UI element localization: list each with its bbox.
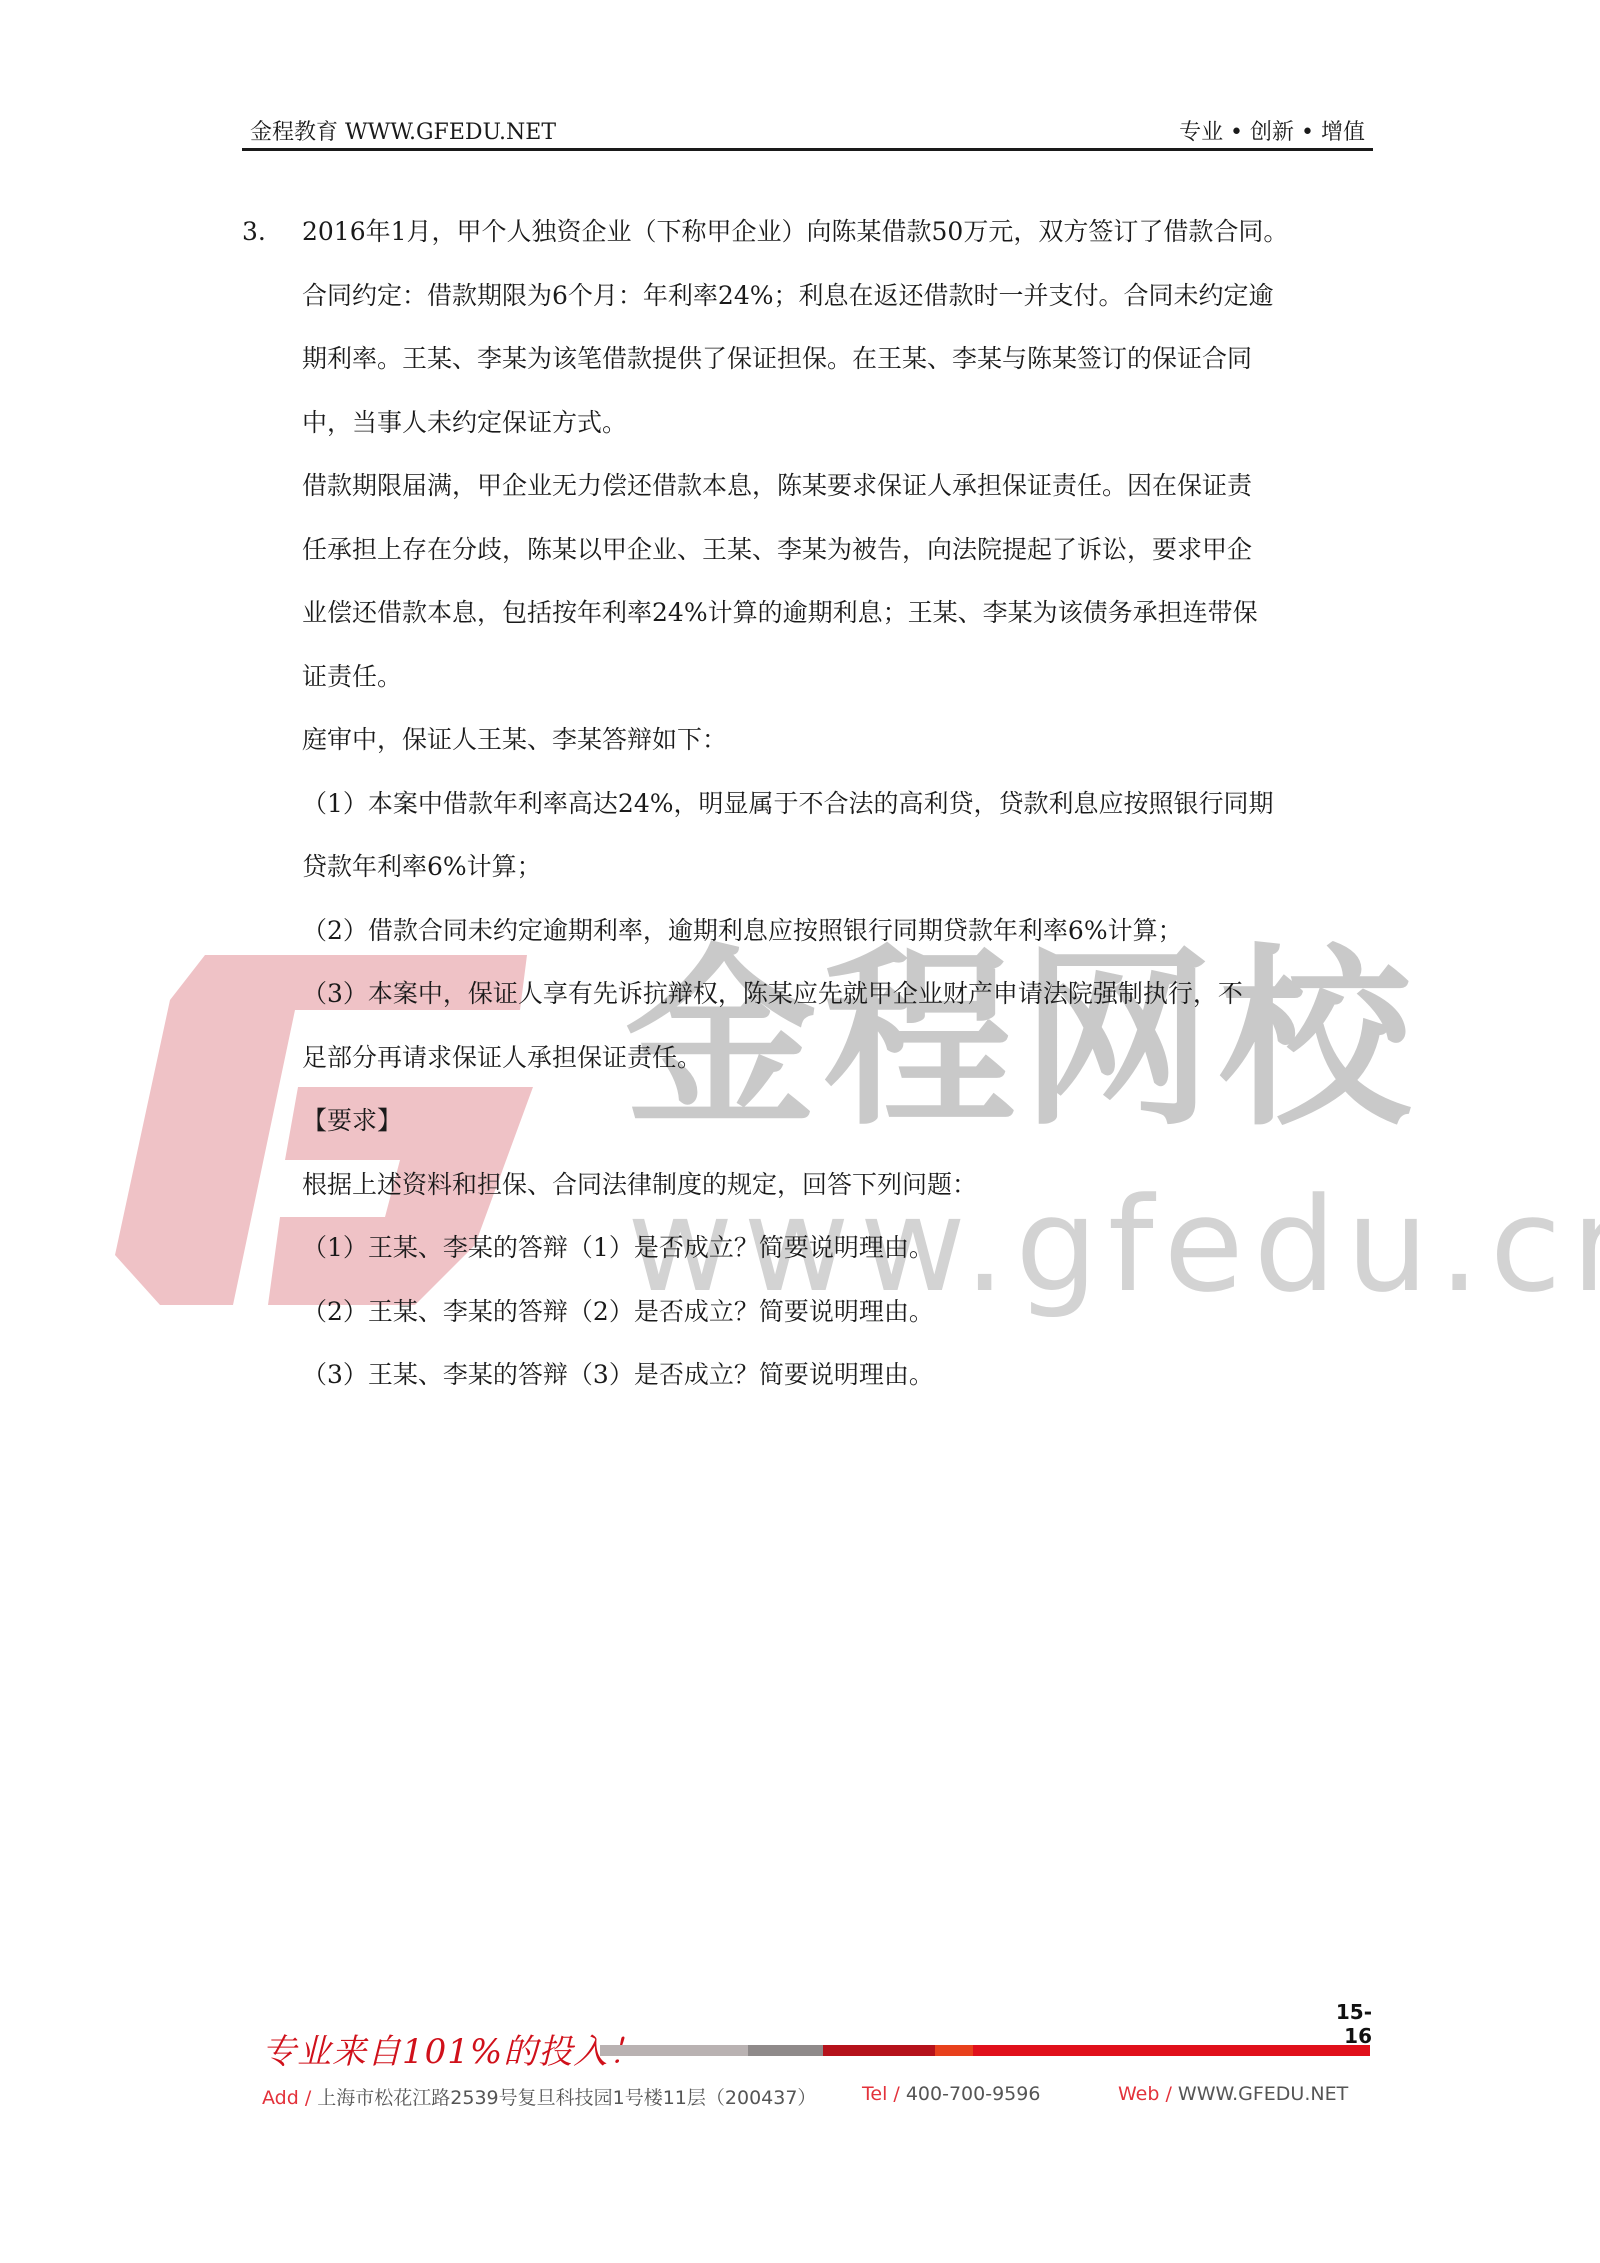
text-line: 贷款年利率6%计算； <box>242 835 1373 899</box>
sub-question-1: （1）王某、李某的答辩（1）是否成立？简要说明理由。 <box>242 1216 1373 1280</box>
text-line: 中，当事人未约定保证方式。 <box>242 391 1373 455</box>
question-body: 3. 2016年1月，甲个人独资企业（下称甲企业）向陈某借款50万元，双方签订了… <box>242 200 1373 1407</box>
address-label: Add / <box>262 2087 311 2109</box>
header-motto: 专业 • 创新 • 增值 <box>1179 115 1365 146</box>
text-line: 借款期限届满，甲企业无力偿还借款本息，陈某要求保证人承担保证责任。因在保证责 <box>242 454 1373 518</box>
page-header: 金程教育 WWW.GFEDU.NET 专业 • 创新 • 增值 <box>242 112 1373 150</box>
question-number: 3. <box>242 200 266 264</box>
bar-segment <box>935 2045 973 2056</box>
bar-segment <box>823 2045 935 2056</box>
text-line: 期利率。王某、李某为该笔借款提供了保证担保。在王某、李某与陈某签订的保证合同 <box>242 327 1373 391</box>
address-value: 上海市松花江路2539号复旦科技园1号楼11层（200437） <box>317 2087 816 2109</box>
requirements-heading: 【要求】 <box>242 1089 1373 1153</box>
text-line: 2016年1月，甲个人独资企业（下称甲企业）向陈某借款50万元，双方签订了借款合… <box>242 200 1373 264</box>
text-line: 任承担上存在分歧，陈某以甲企业、王某、李某为被告，向法院提起了诉讼，要求甲企 <box>242 518 1373 582</box>
text-line: 足部分再请求保证人承担保证责任。 <box>242 1026 1373 1090</box>
defense-item-2: （2）借款合同未约定逾期利率，逾期利息应按照银行同期贷款年利率6%计算； <box>242 899 1373 963</box>
footer-address: Add / 上海市松花江路2539号复旦科技园1号楼11层（200437） <box>262 2083 816 2110</box>
sub-question-3: （3）王某、李某的答辩（3）是否成立？简要说明理由。 <box>242 1343 1373 1407</box>
text-line: 证责任。 <box>242 645 1373 709</box>
tel-value: 400-700-9596 <box>906 2083 1041 2105</box>
bar-segment <box>973 2045 1370 2056</box>
footer-web: Web / WWW.GFEDU.NET <box>1118 2083 1348 2105</box>
sub-question-2: （2）王某、李某的答辩（2）是否成立？简要说明理由。 <box>242 1280 1373 1344</box>
page-number: 15-16 <box>1310 2000 1372 2048</box>
text-line: 业偿还借款本息，包括按年利率24%计算的逾期利息；王某、李某为该债务承担连带保 <box>242 581 1373 645</box>
web-label: Web / <box>1118 2083 1172 2105</box>
bar-segment <box>748 2045 823 2056</box>
footer-slogan: 专业来自101%的投入！ <box>262 2024 643 2073</box>
text-line: 合同约定：借款期限为6个月：年利率24%；利息在返还借款时一并支付。合同未约定逾 <box>242 264 1373 328</box>
defense-item-1: （1）本案中借款年利率高达24%，明显属于不合法的高利贷，贷款利息应按照银行同期 <box>242 772 1373 836</box>
header-divider <box>242 148 1373 151</box>
text-line: 根据上述资料和担保、合同法律制度的规定，回答下列问题： <box>242 1153 1373 1217</box>
tel-label: Tel / <box>862 2083 900 2105</box>
bar-segment <box>600 2045 748 2056</box>
footer-tel: Tel / 400-700-9596 <box>862 2083 1040 2105</box>
text-line: 庭审中，保证人王某、李某答辩如下： <box>242 708 1373 772</box>
web-value: WWW.GFEDU.NET <box>1178 2083 1348 2105</box>
header-brand: 金程教育 WWW.GFEDU.NET <box>250 115 556 146</box>
defense-item-3: （3）本案中，保证人享有先诉抗辩权，陈某应先就甲企业财产申请法院强制执行，不 <box>242 962 1373 1026</box>
